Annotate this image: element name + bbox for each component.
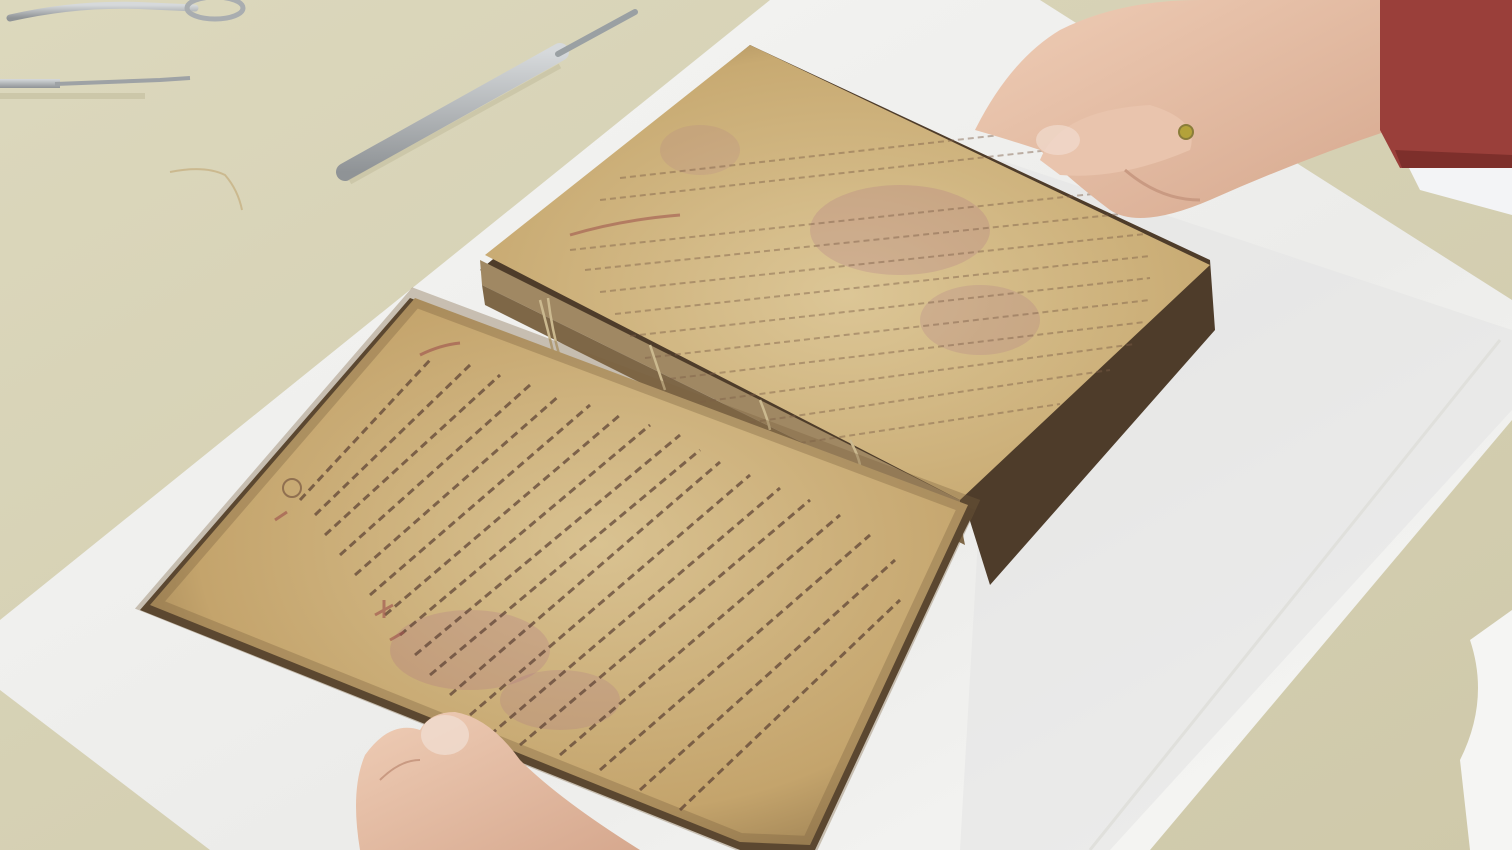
photo-scene: Conservator's hands holding open an anci… <box>0 0 1512 850</box>
ring <box>1179 125 1193 139</box>
thumbnail <box>421 715 469 755</box>
photo-canvas <box>0 0 1512 850</box>
thumbnail <box>1036 125 1080 155</box>
red-sleeve <box>1380 0 1512 168</box>
